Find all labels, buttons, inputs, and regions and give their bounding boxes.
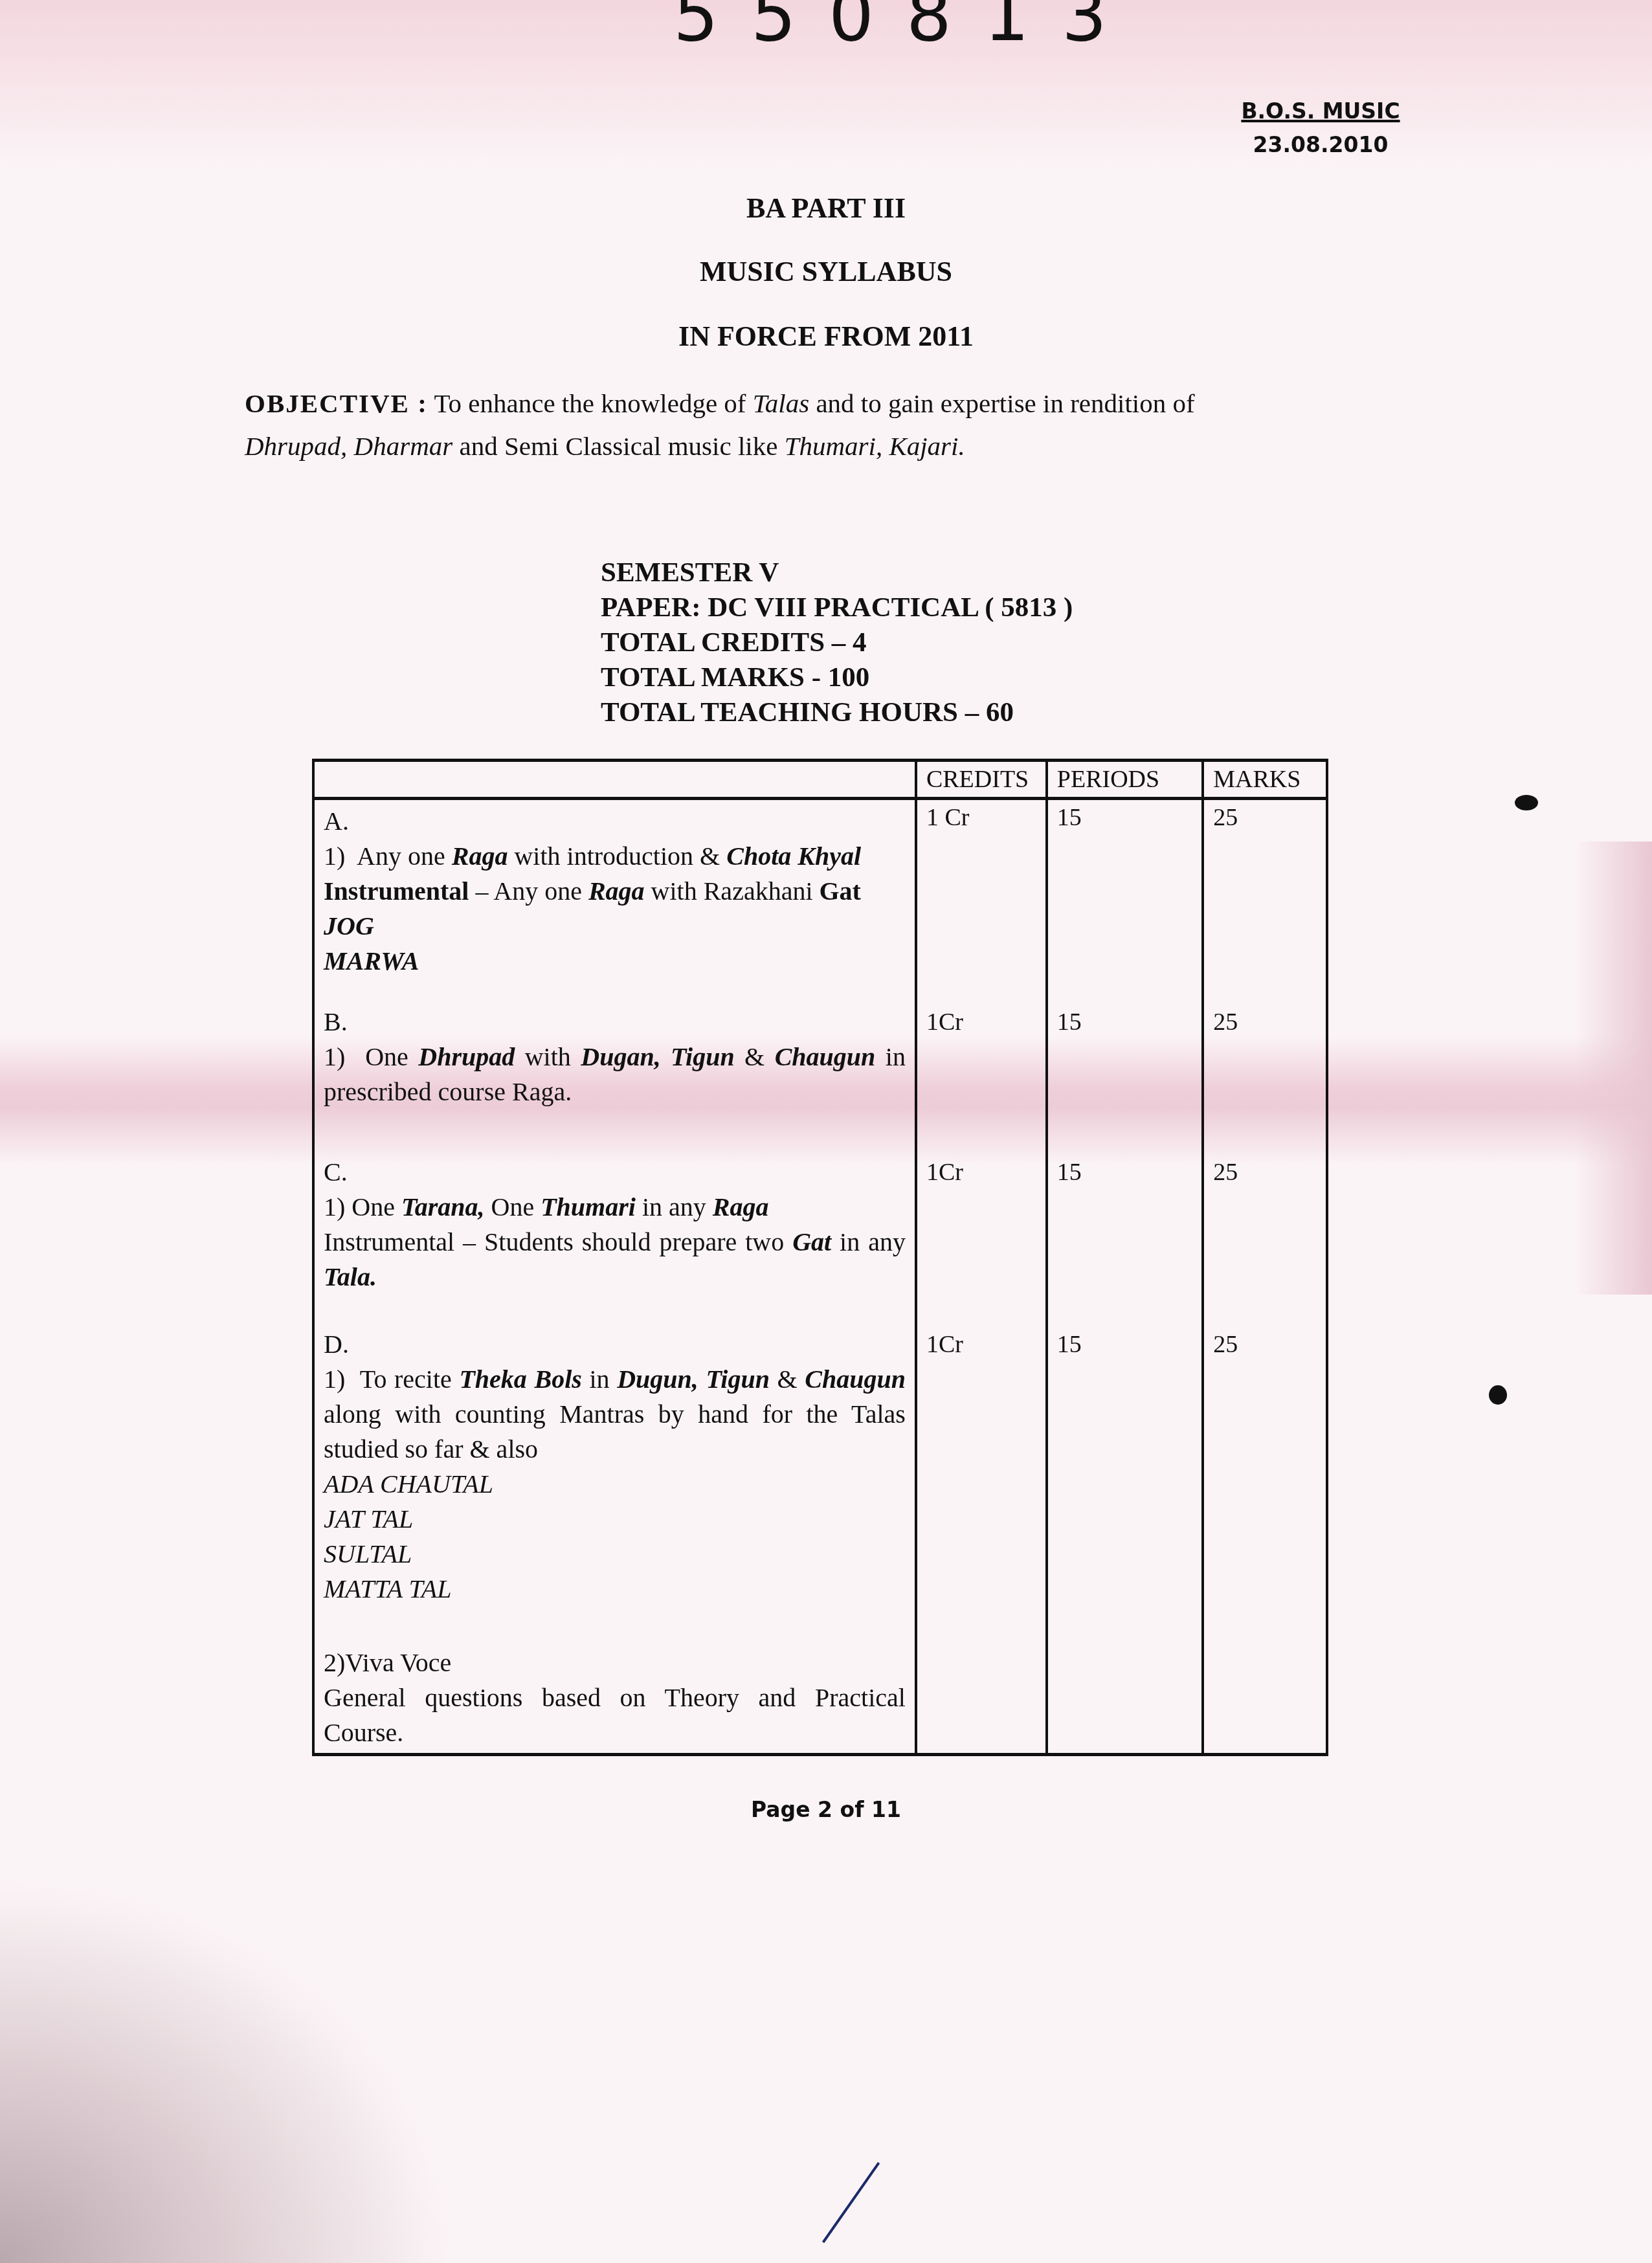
section-c-description: C. 1) One Tarana, One Thumari in any Rag…	[313, 1155, 916, 1327]
marks-cell: 25	[1203, 1327, 1327, 1755]
section-letter: A.	[324, 804, 906, 839]
total-hours: TOTAL TEACHING HOURS – 60	[601, 695, 1073, 730]
credits-cell: 1 Cr	[916, 799, 1047, 1005]
periods-cell: 15	[1047, 1155, 1203, 1327]
total-credits: TOTAL CREDITS – 4	[601, 625, 1073, 660]
tala-name: SULTAL	[324, 1539, 412, 1568]
title-syllabus: MUSIC SYLLABUS	[0, 255, 1652, 288]
section-a-description: A. 1) Any one Raga with introduction & C…	[313, 799, 916, 1005]
marks-cell: 25	[1203, 799, 1327, 1005]
periods-cell: 15	[1047, 799, 1203, 1005]
marks-cell: 25	[1203, 1005, 1327, 1155]
semester: SEMESTER V	[601, 555, 1073, 590]
paper-info: SEMESTER V PAPER: DC VIII PRACTICAL ( 58…	[601, 555, 1073, 730]
tala-name: MATTA TAL	[324, 1574, 451, 1603]
objective-label: OBJECTIVE :	[245, 388, 428, 418]
table-row: A. 1) Any one Raga with introduction & C…	[313, 799, 1327, 1005]
objective-term: Thumari, Kajari.	[785, 431, 965, 461]
pen-stroke-mark	[822, 2162, 880, 2243]
viva-voce-label: 2)Viva Voce	[324, 1645, 906, 1680]
tala-name: JAT TAL	[324, 1504, 413, 1533]
header-marks: MARKS	[1203, 761, 1327, 799]
objective-term: Dhrupad, Dharmar	[245, 431, 452, 461]
page-number: Page 2 of 11	[0, 1797, 1652, 1822]
board-name: B.O.S. MUSIC	[1236, 95, 1405, 128]
objective-term: Talas	[753, 388, 809, 418]
board-date: 23.08.2010	[1236, 128, 1405, 162]
periods-cell: 15	[1047, 1327, 1203, 1755]
scan-blot	[1489, 1385, 1507, 1405]
table-row: B. 1) One Dhrupad with Dugan, Tigun & Ch…	[313, 1005, 1327, 1155]
board-header: B.O.S. MUSIC 23.08.2010	[1236, 95, 1405, 162]
header-periods: PERIODS	[1047, 761, 1203, 799]
title-course: BA PART III	[0, 192, 1652, 225]
scan-blot	[1515, 795, 1538, 810]
title-in-force: IN FORCE FROM 2011	[0, 320, 1652, 353]
section-letter: B.	[324, 1005, 906, 1040]
objective-paragraph: OBJECTIVE : To enhance the knowledge of …	[245, 382, 1410, 467]
objective-text: and to gain expertise in rendition of	[809, 388, 1194, 418]
credits-cell: 1Cr	[916, 1005, 1047, 1155]
objective-text: To enhance the knowledge of	[434, 388, 752, 418]
header-description	[313, 761, 916, 799]
section-b-description: B. 1) One Dhrupad with Dugan, Tigun & Ch…	[313, 1005, 916, 1155]
total-marks: TOTAL MARKS - 100	[601, 660, 1073, 695]
viva-voce-text: General questions based on Theory and Pr…	[324, 1680, 906, 1750]
section-d-description: D. 1) To recite Theka Bols in Dugun, Tig…	[313, 1327, 916, 1755]
credits-cell: 1Cr	[916, 1155, 1047, 1327]
raga-name: MARWA	[324, 946, 419, 975]
scan-shadow-corner	[0, 1877, 453, 2263]
paper-code: PAPER: DC VIII PRACTICAL ( 5813 )	[601, 590, 1073, 625]
section-letter: C.	[324, 1155, 906, 1190]
objective-text: and Semi Classical music like	[452, 431, 784, 461]
handwritten-number: 550813	[673, 0, 1139, 57]
marks-cell: 25	[1203, 1155, 1327, 1327]
tala-name: ADA CHAUTAL	[324, 1469, 493, 1499]
section-letter: D.	[324, 1327, 906, 1362]
table-row: C. 1) One Tarana, One Thumari in any Rag…	[313, 1155, 1327, 1327]
periods-cell: 15	[1047, 1005, 1203, 1155]
syllabus-table: CREDITS PERIODS MARKS A. 1) Any one Raga…	[312, 759, 1328, 1756]
table-header-row: CREDITS PERIODS MARKS	[313, 761, 1327, 799]
credits-cell: 1Cr	[916, 1327, 1047, 1755]
scan-tint-right	[1574, 842, 1652, 1295]
table-row: D. 1) To recite Theka Bols in Dugun, Tig…	[313, 1327, 1327, 1755]
header-credits: CREDITS	[916, 761, 1047, 799]
raga-name: JOG	[324, 911, 374, 941]
